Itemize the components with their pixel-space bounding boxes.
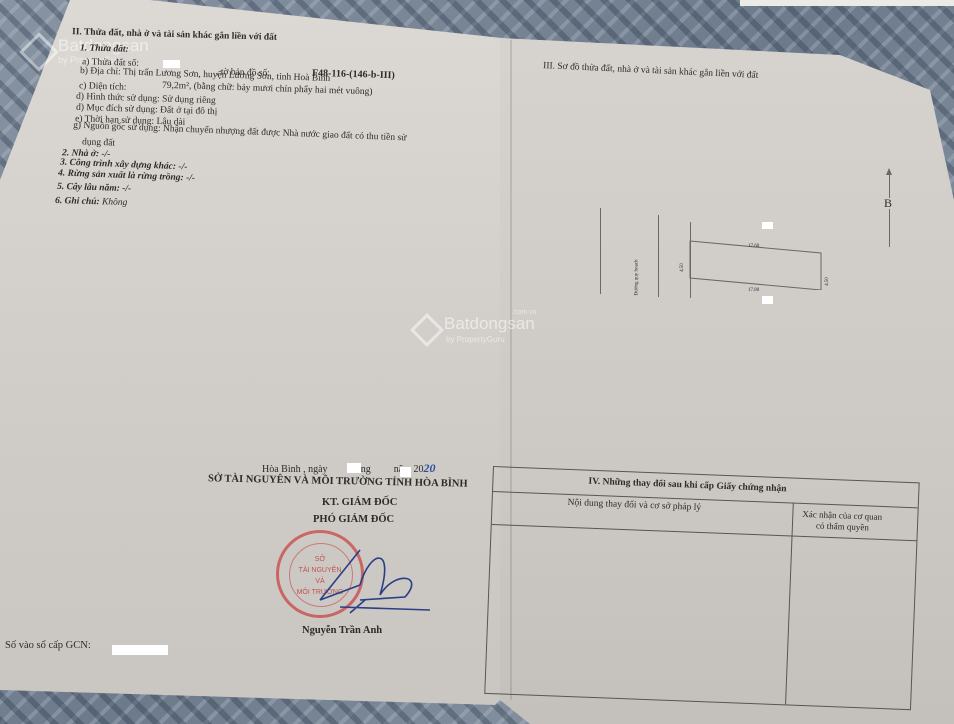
watermark-brand: Batdongsan	[444, 314, 535, 334]
redacted-parcel-number	[163, 60, 180, 68]
north-arrow-icon	[886, 168, 892, 175]
note-value: Không	[102, 197, 128, 208]
road-edge-left	[600, 208, 601, 294]
date-year-handwritten: 20	[423, 461, 435, 475]
road-edge-right	[658, 215, 659, 297]
north-label: B	[884, 198, 892, 209]
signature	[300, 545, 440, 615]
deputy-director: PHÓ GIÁM ĐỐC	[313, 514, 394, 525]
redacted-mark-bottom	[762, 296, 773, 304]
lot-dim-bottom: 17.80	[748, 285, 759, 296]
col-header-content: Nội dung thay đổi và cơ sở pháp lý	[567, 498, 701, 513]
road-label: Đường quy hoạch	[631, 260, 642, 296]
col-header-confirmation-1: Xác nhận của cơ quan	[802, 509, 882, 522]
lot-diagram	[688, 238, 838, 290]
item-1-title: 1. Thửa đất:	[80, 43, 129, 55]
watermark-domain: .com.vn	[512, 309, 537, 316]
changes-table: IV. Những thay đổi sau khi cấp Giấy chứn…	[484, 466, 919, 710]
watermark-tagline: by PropertyGuru	[446, 335, 505, 344]
redacted-day	[347, 463, 361, 473]
redacted-month	[400, 467, 411, 477]
paper-edge	[740, 0, 954, 6]
redacted-mark-top	[762, 222, 773, 229]
usage-origin-cont: dụng đất	[82, 137, 115, 149]
item-5-perennial: 5. Cây lâu năm: -/-	[57, 182, 131, 195]
lot-dim-right: 4.50	[822, 277, 833, 286]
col-header-confirmation-2: có thẩm quyền	[816, 520, 869, 532]
lot-dim-left: 4.50	[677, 263, 688, 272]
register-number-label: Số vào sổ cấp GCN:	[5, 640, 91, 651]
redacted-register-number	[112, 645, 168, 655]
lot-dim-top: 17.60	[748, 241, 759, 252]
section-4-title: IV. Những thay đổi sau khi cấp Giấy chứn…	[588, 477, 786, 495]
note-label: 6. Ghi chú:	[55, 196, 100, 207]
signer-name: Nguyễn Trần Anh	[302, 625, 382, 636]
kt-director: KT. GIÁM ĐỐC	[322, 497, 397, 508]
date-prefix: Hòa Bình , ngày	[262, 464, 328, 475]
item-6-note: 6. Ghi chú: Không	[55, 196, 128, 209]
